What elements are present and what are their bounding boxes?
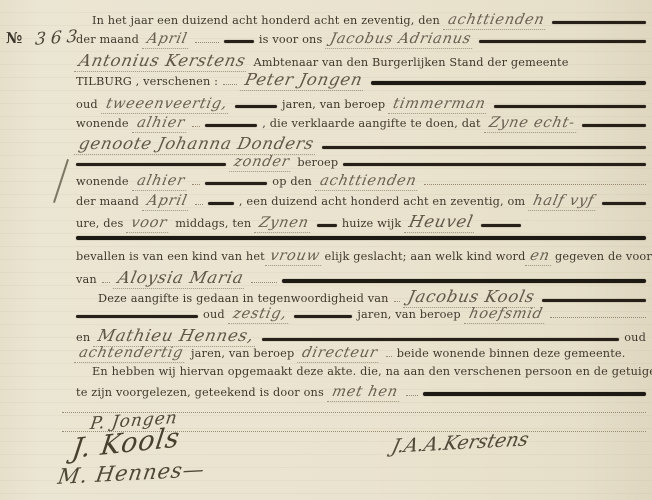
ink-line [552,21,646,24]
dotted-rule [192,182,200,185]
ink-line [208,202,234,205]
line-witness-2: enMathieu Hennes,oud [76,326,646,345]
printed-text: beroep [297,156,338,169]
printed-text: In het jaar een duizend acht honderd ach… [92,14,440,27]
line-mother-occupation: zonderberoep [76,154,646,173]
printed-text: van [76,273,97,286]
signature-kerstens: J.A.A.Kerstens [390,430,531,456]
ink-line [317,224,337,227]
ink-line [481,224,521,227]
handwritten-entry: Jacobus Kools [402,287,539,308]
handwritten-entry: Antonius Kerstens [74,51,251,72]
ink-line [371,81,646,85]
printed-text: ure, des [76,217,123,230]
pen-flourish [53,159,69,203]
printed-text: en [76,331,90,344]
signature-hennes: M. Hennes— [56,459,206,488]
line-official-title: Antonius KerstensAmbtenaar van den Burge… [76,51,646,70]
ink-line [602,202,646,205]
ink-line [582,124,646,127]
printed-text: En hebben wij hiervan opgemaakt deze akt… [92,365,652,378]
line-child-gender: bevallen is van een kind van hetvrouweli… [76,248,646,267]
handwritten-entry: achttienden [315,173,421,191]
handwritten-entry: hoefsmid [464,306,547,324]
line-witness-2-details: achtendertigjaren, van beroepdirecteurbe… [76,345,646,364]
birth-record-page: № 363 In het jaar een duizend acht honde… [0,0,652,500]
dotted-rule [223,82,237,85]
printed-text: jaren, van beroep [357,308,460,321]
ink-line [542,299,646,302]
handwritten-entry: genoote Johanna Donders [74,134,319,155]
line-witness-1: Deze aangifte is gedaan in tegenwoordigh… [76,287,646,306]
handwritten-entry: timmerman [388,96,490,114]
printed-text: huize wijk [342,217,402,230]
handwritten-entry: April [142,193,192,211]
printed-text: oud [203,308,225,321]
printed-text: middags, ten [175,217,251,230]
handwritten-entry: Jacobus Adrianus [326,31,477,49]
printed-text: Ambtenaar van den Burgerlijken Stand der… [253,56,568,69]
printed-text: wonende [76,175,129,188]
ink-line [76,163,226,166]
dotted-rule [550,315,646,318]
dotted-rule [406,393,418,396]
line-month-official: der maandAprilis voor onsJacobus Adrianu… [76,31,646,50]
printed-text: elijk geslacht; aan welk kind word [325,250,526,263]
line-mother-residence-date: wonendealhierop denachttienden [76,173,646,192]
handwritten-entry: tweeenveertig, [101,96,232,114]
ink-line [479,40,646,43]
printed-text: , een duizend acht honderd acht en zeven… [239,195,525,208]
ink-line [322,146,646,149]
printed-text: wonende [76,117,129,130]
dotted-rule [192,124,200,127]
handwritten-entry: alhier [132,115,189,133]
ink-line [343,163,646,166]
handwritten-entry: voor [127,215,173,233]
printed-text: der maand [76,195,139,208]
printed-text: jaren, van beroep [282,98,385,111]
handwritten-entry: en [526,248,555,266]
printed-text: beide wonende binnen deze gemeente. [397,347,626,360]
dotted-rule [394,299,400,302]
number-sign: № [6,29,22,47]
ink-line [494,105,646,108]
printed-text: bevallen is van een kind van het [76,250,265,263]
dotted-rule [195,40,219,43]
handwritten-entry: vrouw [265,248,324,266]
printed-text: , die verklaarde aangifte te doen, dat [262,117,480,130]
printed-text: te zijn voorgelezen, geteekend is door o… [76,386,324,399]
handwritten-entry: Zynen [254,215,313,233]
line-birth-time-place: ure, desvoormiddags, tenZynenhuize wijkH… [76,212,646,231]
printed-text: oud [76,98,98,111]
deed-lines: In het jaar een duizend acht honderd ach… [76,12,646,403]
handwritten-entry: zonder [229,154,294,172]
printed-text: is voor ons [259,33,323,46]
margin-number: № 363 [6,28,83,48]
line-witness-1-details: oudzestig,jaren, van beroephoefsmid [76,306,646,325]
printed-text: op den [272,175,312,188]
handwritten-entry: Heuvel [404,212,478,233]
dotted-rule [195,202,203,205]
handwritten-entry: Mathieu Hennes, [93,326,259,347]
ink-line [294,315,352,318]
handwritten-entry: half vyf [528,193,599,211]
separator-rule [76,236,646,248]
ink-line [235,105,277,108]
dotted-rule [424,182,646,185]
printed-text: TILBURG , verschenen : [76,75,218,88]
ink-line [282,279,646,283]
printed-text: Deze aangifte is gedaan in tegenwoordigh… [98,292,389,305]
line-closing-1: En hebben wij hiervan opgemaakt deze akt… [76,365,646,384]
ink-line [205,182,267,185]
handwritten-entry: achtendertig [74,345,188,363]
line-opening: In het jaar een duizend acht honderd ach… [76,12,646,31]
line-declarant: TILBURG , verschenen :Peter Jongen [76,70,646,89]
handwritten-entry: Peter Jongen [240,70,368,91]
dotted-rule [386,354,392,357]
handwritten-entry: April [142,31,192,49]
handwritten-entry: achttienden [443,12,549,30]
handwritten-entry: met hen [327,384,402,402]
printed-text: der maand [76,33,139,46]
ink-line [205,124,257,127]
handwritten-entry: alhier [132,173,189,191]
handwritten-entry: Zyne echt- [484,115,579,133]
line-age-occupation: oudtweeenveertig,jaren, van beroeptimmer… [76,96,646,115]
ink-line [423,392,646,396]
ink-line [262,338,619,341]
printed-text: jaren, van beroep [191,347,294,360]
printed-text: oud [624,331,646,344]
line-closing-2: te zijn voorgelezen, geteekend is door o… [76,384,646,403]
dotted-rule [251,280,277,283]
printed-text: gegeven de voorna [555,250,652,263]
line-mother-name: genoote Johanna Donders [76,134,646,153]
handwritten-entry: directeur [297,345,382,363]
ink-line [224,40,254,43]
line-birth-date: der maandApril, een duizend acht honderd… [76,193,646,212]
handwritten-entry: zestig, [228,306,291,324]
dotted-rule [102,280,110,283]
ink-line [76,315,198,318]
ink-line [76,236,646,240]
line-residence-declaration: wonendealhier, die verklaarde aangifte t… [76,115,646,134]
handwritten-entry: Aloysia Maria [113,268,249,289]
line-child-name: vanAloysia Maria [76,268,646,287]
